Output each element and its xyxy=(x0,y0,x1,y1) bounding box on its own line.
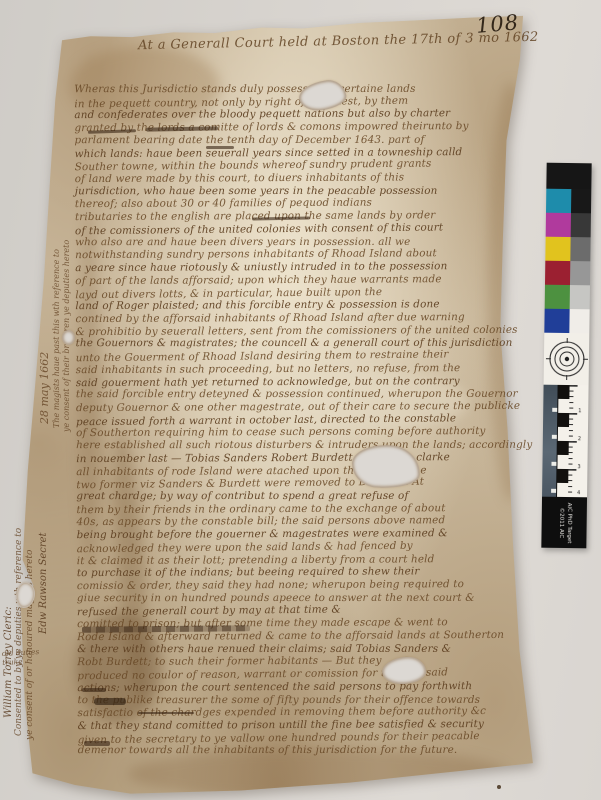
margin-note-date: 28 may 1662 xyxy=(38,352,51,424)
color-patch-yellow xyxy=(545,237,570,261)
ruler-number: 1 xyxy=(578,409,581,414)
ruler-number: 4 xyxy=(577,491,580,496)
margin-note-deputies-1: Consented to by ye deputies wth referenc… xyxy=(14,528,24,736)
manuscript-line: in nouember last — Tobias Sanders Robert… xyxy=(76,451,506,466)
manuscript-line: granted by the lords a comitte of lords … xyxy=(74,120,504,135)
color-patch-green xyxy=(545,285,570,309)
manuscript-line: great chardge; by way of contribut to sp… xyxy=(76,490,506,503)
strike-mark xyxy=(206,146,234,149)
color-patch-magenta xyxy=(546,213,571,237)
strike-mark xyxy=(84,741,110,746)
margin-note-deputies-2: ye consent of or honoured magists hereto xyxy=(25,550,35,740)
ruler-block: 1 2 3 4 xyxy=(542,385,589,498)
gray-patch-2 xyxy=(570,213,591,237)
manuscript-body: Wheras this Jurisdictio stands duly poss… xyxy=(74,82,508,758)
bullseye-icon xyxy=(544,334,589,385)
calibration-target: 1 2 3 4 AIC PhD Target ©2011 AIC xyxy=(541,163,591,549)
underline-mark xyxy=(138,712,194,714)
gray-patch-3 xyxy=(570,237,591,261)
target-label: AIC PhD Target ©2011 AIC xyxy=(556,502,573,543)
color-patch-dark-red xyxy=(545,261,570,285)
target-label-line2: ©2011 AIC xyxy=(556,502,565,543)
bullseye-target xyxy=(544,333,590,386)
paper-hole xyxy=(62,330,75,345)
ink-blot xyxy=(94,698,126,705)
margin-note-magistrates-1: The magists haue past this wth reference… xyxy=(52,249,61,428)
photo-backdrop: 108 At a Generall Court held at Boston t… xyxy=(0,0,601,800)
manuscript-line: who also are and haue been divers years … xyxy=(75,235,505,248)
target-label-block: AIC PhD Target ©2011 AIC xyxy=(541,497,587,549)
black-patch xyxy=(546,163,591,190)
margin-note-secretary-signature: Edw Rawson Secret xyxy=(38,532,49,634)
manuscript-line: & there with others haue renued their cl… xyxy=(77,642,507,655)
color-patch-cyan xyxy=(546,189,571,213)
target-label-line1: AIC PhD Target xyxy=(564,502,573,543)
ruler-number: 2 xyxy=(578,437,581,442)
manuscript-line: parlament bearing date the tenth day of … xyxy=(75,134,505,147)
color-patch-blue xyxy=(544,309,569,333)
gray-patch-4 xyxy=(570,261,591,285)
manuscript-line: demenor towards all the inhabitants of t… xyxy=(78,744,508,757)
gray-patch-5 xyxy=(569,285,590,309)
manuscript-line: to the publike treasurer the some of fif… xyxy=(77,693,507,706)
manuscript-line: the said forcible entry deteyned & posse… xyxy=(76,388,506,401)
gray-patch-6 xyxy=(569,309,590,333)
ruler-slate-strip xyxy=(542,385,559,497)
strike-mark xyxy=(82,688,106,692)
ruler-scale: 1 2 3 4 xyxy=(568,385,589,497)
manuscript-line: comissio & order, they said they had non… xyxy=(77,578,507,593)
ruler-number: 3 xyxy=(577,465,580,470)
gray-patch-1 xyxy=(571,189,592,213)
manuscript-line: here established all such riotous distur… xyxy=(76,439,506,452)
manuscript-line: jurisdiction, who haue been some years i… xyxy=(75,185,505,198)
dust-speck xyxy=(497,785,501,789)
margin-note-small: old duties truke xyxy=(2,647,40,667)
